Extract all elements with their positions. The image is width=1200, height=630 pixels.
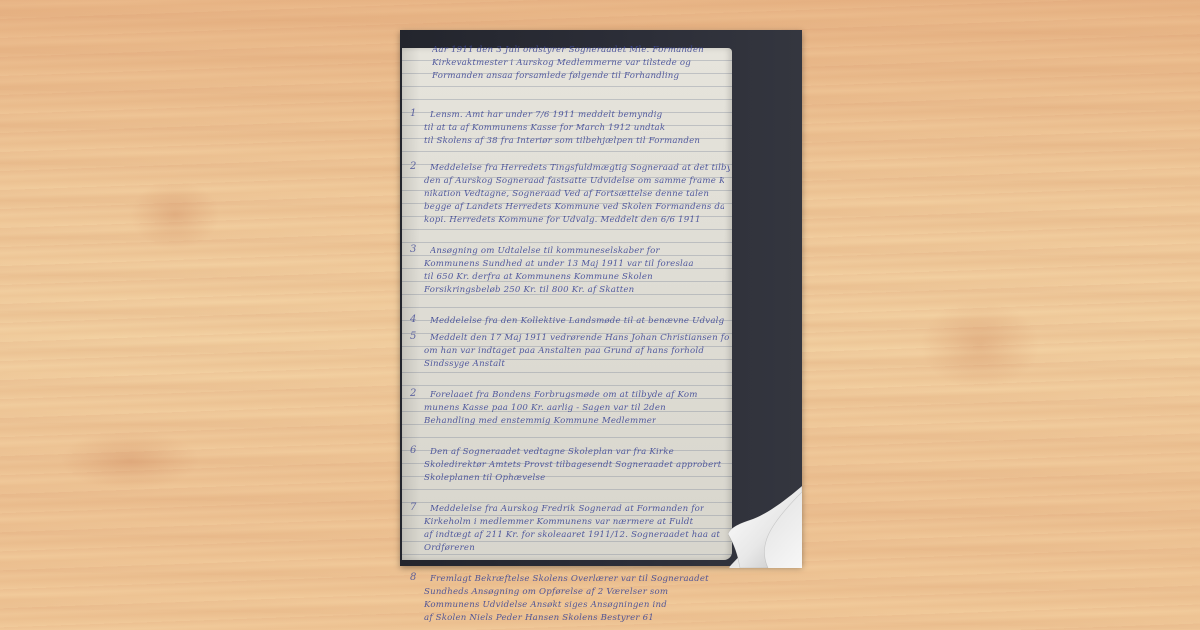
handwritten-line: Behandling med enstemmig Kommune Medlemm…: [424, 415, 656, 428]
handwritten-line: til 650 Kr. derfra at Kommunens Kommune …: [424, 271, 653, 284]
entry-number: 6: [410, 445, 416, 456]
handwritten-line: Kommunens Sundhed at under 13 Maj 1911 v…: [424, 258, 694, 271]
entry-number: 4: [410, 314, 416, 325]
wood-knot: [130, 180, 220, 250]
entry-number: 5: [410, 331, 416, 342]
handwritten-line: Forsikringsbeløb 250 Kr. til 800 Kr. af …: [424, 284, 634, 297]
entry-number: 3: [410, 244, 416, 255]
page-curl-icon: [728, 486, 802, 568]
handwritten-line: Meddelelse fra den Kollektive Landsmøde …: [430, 315, 724, 328]
entry-number: 1: [410, 108, 416, 119]
entry-number: 8: [410, 572, 416, 583]
page-edge-shadow: [402, 48, 420, 560]
handwritten-line: Kirkeholm i medlemmer Kommunens var nærm…: [424, 516, 693, 529]
handwritten-line: Skoleplanen til Ophævelse: [424, 472, 545, 485]
wood-knot: [920, 300, 1040, 390]
handwritten-line: Sundheds Ansøgning om Opførelse af 2 Vær…: [424, 586, 668, 599]
wood-knot: [60, 430, 200, 490]
handwritten-line: Ordføreren: [424, 542, 475, 555]
handwritten-line: Sindssyge Anstalt: [424, 358, 505, 371]
entry-number: 2: [410, 161, 416, 172]
handwritten-line: Aar 1911 den 3 Juli ordstyrer Sogneraade…: [432, 44, 704, 57]
handwritten-line: Kirkevaktmester i Aurskog Medlemmerne va…: [432, 57, 691, 70]
handwritten-line: Meddelelse fra Herredets Tingsfuldmægtig…: [430, 162, 730, 175]
handwritten-line: Den af Sogneraadet vedtagne Skoleplan va…: [430, 446, 674, 459]
handwritten-line: Meddelelse fra Aurskog Fredrik Sognerad …: [430, 503, 704, 516]
handwritten-line: Lensm. Amt har under 7/6 1911 meddelt be…: [430, 109, 662, 122]
handwritten-line: nikation Vedtagne, Sogneraad Ved af Fort…: [424, 188, 709, 201]
handwritten-line: den af Aurskog Sogneraad fastsatte Udvid…: [424, 175, 724, 188]
handwritten-line: Ansøgning om Udtalelse til kommuneselska…: [430, 245, 660, 258]
handwritten-line: til Skolens af 38 fra Interiør som tilbe…: [424, 135, 700, 148]
handwritten-line: til at ta af Kommunens Kasse for March 1…: [424, 122, 665, 135]
handwritten-line: Formanden ansaa forsamlede følgende til …: [432, 70, 679, 83]
entry-number: 2: [410, 388, 416, 399]
handwritten-line: kopi. Herredets Kommune for Udvalg. Medd…: [424, 214, 701, 227]
handwritten-line: Forelaaet fra Bondens Forbrugsmøde om at…: [430, 389, 698, 402]
handwritten-line: af Skolen Niels Peder Hansen Skolens Bes…: [424, 612, 654, 625]
entry-number: 7: [410, 502, 416, 513]
handwritten-line: munens Kasse paa 100 Kr. aarlig - Sagen …: [424, 402, 666, 415]
handwritten-line: Kommunens Udvidelse Ansøkt siges Ansøgni…: [424, 599, 667, 612]
handwritten-line: Skoledirektør Amtets Provst tilbagesendt…: [424, 459, 721, 472]
handwritten-line: om han var indtaget paa Anstalten paa Gr…: [424, 345, 704, 358]
handwritten-line: af indtægt af 211 Kr. for skoleaaret 191…: [424, 529, 720, 542]
handwritten-line: Fremlagt Bekræftelse Skolens Overlærer v…: [430, 573, 709, 586]
handwritten-line: begge af Landets Herredets Kommune ved S…: [424, 201, 724, 214]
handwritten-line: Meddelt den 17 Maj 1911 vedrørende Hans …: [430, 332, 730, 345]
